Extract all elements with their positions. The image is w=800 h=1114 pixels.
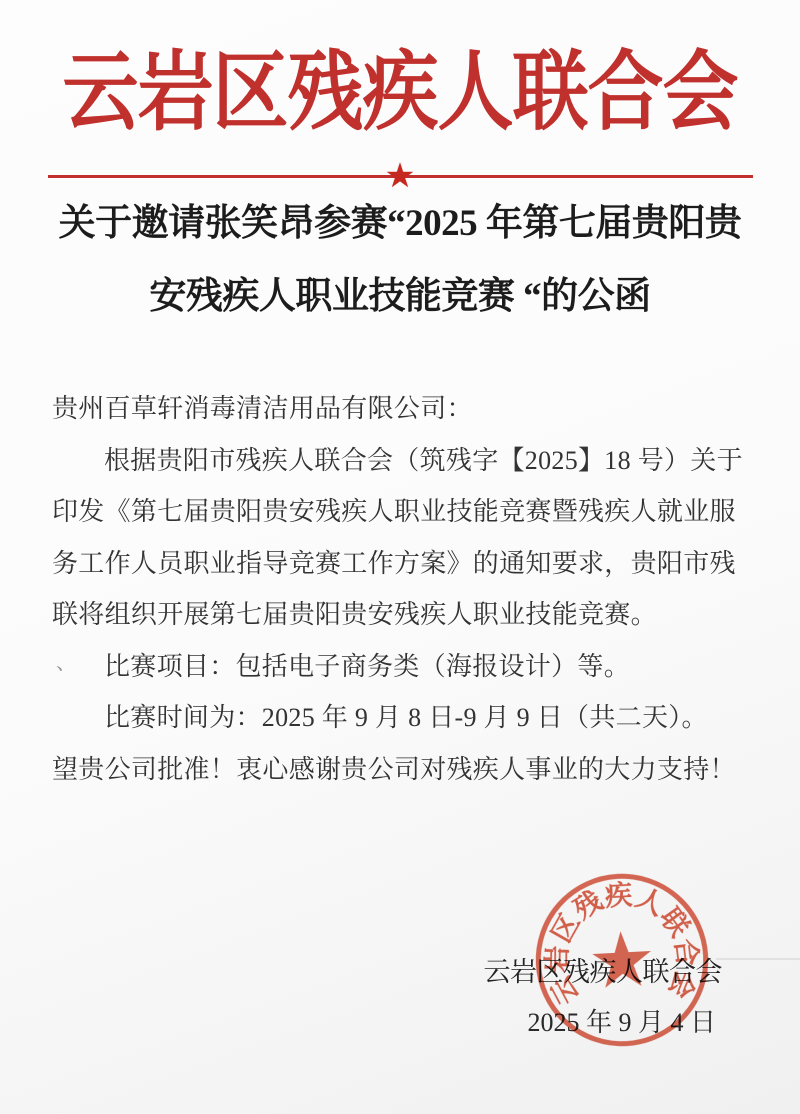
- document-title: 关于邀请张笑昂参赛“2025 年第七届贵阳贵 安残疾人职业技能竞赛 “的公函: [0, 187, 800, 333]
- seal-ring-char: 疾: [604, 880, 634, 911]
- body-line: 印发《第七届贵阳贵安残疾人职业技能竞赛暨残疾人就业服: [52, 486, 752, 538]
- body-line: 联将组织开展第七届贵阳贵安残疾人职业技能竞赛。: [52, 589, 752, 641]
- document-title-line2: 安残疾人职业技能竞赛 “的公函: [0, 260, 800, 333]
- official-letter-page: 云岩区残疾人联合会 ★ 关于邀请张笑昂参赛“2025 年第七届贵阳贵 安残疾人职…: [0, 0, 800, 1114]
- body-line: 贵州百草轩消毒清洁用品有限公司：: [52, 383, 752, 435]
- body-line: 比赛时间为：2025 年 9 月 8 日-9 月 9 日（共二天）。: [52, 692, 752, 744]
- body-line: 望贵公司批准！衷心感谢贵公司对残疾人事业的大力支持！: [52, 744, 752, 796]
- body-line: 务工作人员职业指导竞赛工作方案》的通知要求，贵阳市残: [52, 538, 752, 590]
- seal-ring-char: 岩: [542, 945, 572, 973]
- seal-ring-char: 合: [670, 937, 704, 968]
- body-line: 根据贵阳市残疾人联合会（筑残字【2025】18 号）关于: [52, 435, 752, 487]
- scan-artifact-line: [716, 958, 800, 960]
- document-title-line1: 关于邀请张笑昂参赛“2025 年第七届贵阳贵: [0, 187, 800, 260]
- scan-artifact-mark: 、: [56, 646, 76, 675]
- issuing-org-title: 云岩区残疾人联合会: [0, 44, 800, 144]
- body-line: 比赛项目：包括电子商务类（海报设计）等。: [52, 641, 752, 693]
- official-seal-stamp: ★ 云岩区残疾人联合会: [526, 864, 717, 1055]
- letter-body: 贵州百草轩消毒清洁用品有限公司： 根据贵阳市残疾人联合会（筑残字【2025】18…: [52, 383, 752, 795]
- seal-star-icon: ★: [585, 915, 658, 1007]
